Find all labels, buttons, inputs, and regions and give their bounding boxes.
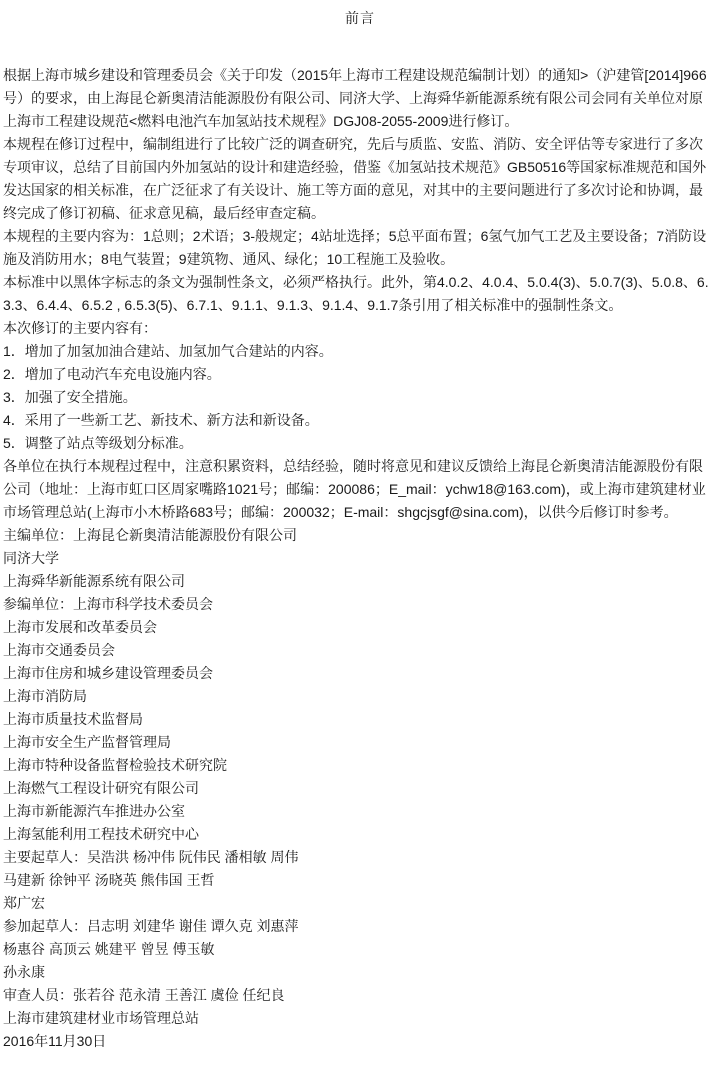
paragraph-reviewers: 审查人员：张若谷 范永清 王善江 虞俭 任纪良 — [3, 984, 716, 1007]
paragraph-main-contents: 本规程的主要内容为：1总则；2术语；3-般规定；4站址选择；5总平面布置；6氢气… — [3, 225, 716, 271]
paragraph-revision-summary-heading: 本次修订的主要内容有： — [3, 317, 716, 340]
paragraph-co-drafters-1: 参加起草人：吕志明 刘建华 谢佳 谭久克 刘惠萍 — [3, 915, 716, 938]
paragraph-co-drafters-2: 杨惠谷 高顶云 姚建平 曾昱 傅玉敏 — [3, 938, 716, 961]
paragraph-chief-editor-unit-2: 同济大学 — [3, 547, 716, 570]
paragraph-main-drafters-1: 主要起草人：吴浩洪 杨冲伟 阮伟民 潘相敏 周伟 — [3, 846, 716, 869]
page-title: 前言 — [0, 8, 720, 28]
paragraph-date: 2016年11月30日 — [3, 1030, 716, 1053]
paragraph-participating-unit-5: 上海市消防局 — [3, 685, 716, 708]
paragraph-participating-unit-1: 参编单位：上海市科学技术委员会 — [3, 593, 716, 616]
paragraph-feedback: 各单位在执行本规程过程中，注意积累资料，总结经验，随时将意见和建议反馈给上海昆仑… — [3, 455, 716, 524]
document-body: 根据上海市城乡建设和管理委员会《关于印发（2015年上海市工程建设规范编制计划）… — [0, 64, 720, 1053]
paragraph-revision-item-5: 5．调整了站点等级划分标准。 — [3, 432, 716, 455]
paragraph-participating-unit-3: 上海市交通委员会 — [3, 639, 716, 662]
paragraph-revision-item-1: 1．增加了加氢加油合建站、加氢加气合建站的内容。 — [3, 340, 716, 363]
paragraph-basis: 根据上海市城乡建设和管理委员会《关于印发（2015年上海市工程建设规范编制计划）… — [3, 64, 716, 133]
paragraph-participating-unit-10: 上海市新能源汽车推进办公室 — [3, 800, 716, 823]
paragraph-participating-unit-4: 上海市住房和城乡建设管理委员会 — [3, 662, 716, 685]
paragraph-main-drafters-2: 马建新 徐钟平 汤晓英 熊伟国 王哲 — [3, 869, 716, 892]
document-page: 前言 根据上海市城乡建设和管理委员会《关于印发（2015年上海市工程建设规范编制… — [0, 8, 720, 1080]
paragraph-revision-item-3: 3．加强了安全措施。 — [3, 386, 716, 409]
paragraph-participating-unit-6: 上海市质量技术监督局 — [3, 708, 716, 731]
paragraph-main-drafters-3: 郑广宏 — [3, 892, 716, 915]
paragraph-participating-unit-9: 上海燃气工程设计研究有限公司 — [3, 777, 716, 800]
paragraph-co-drafters-3: 孙永康 — [3, 961, 716, 984]
paragraph-participating-unit-2: 上海市发展和改革委员会 — [3, 616, 716, 639]
paragraph-participating-unit-7: 上海市安全生产监督管理局 — [3, 731, 716, 754]
paragraph-revision-item-2: 2．增加了电动汽车充电设施内容。 — [3, 363, 716, 386]
paragraph-chief-editor-unit-1: 主编单位：上海昆仑新奥清洁能源股份有限公司 — [3, 524, 716, 547]
paragraph-issuing-unit: 上海市建筑建材业市场管理总站 — [3, 1007, 716, 1030]
paragraph-mandatory-clauses: 本标准中以黑体字标志的条文为强制性条文，必须严格执行。此外，第4.0.2、4.0… — [3, 271, 716, 317]
paragraph-participating-unit-8: 上海市特种设备监督检验技术研究院 — [3, 754, 716, 777]
paragraph-chief-editor-unit-3: 上海舜华新能源系统有限公司 — [3, 570, 716, 593]
paragraph-participating-unit-11: 上海氢能利用工程技术研究中心 — [3, 823, 716, 846]
paragraph-revision-process: 本规程在修订过程中，编制组进行了比较广泛的调查研究，先后与质监、安监、消防、安全… — [3, 133, 716, 225]
paragraph-revision-item-4: 4．采用了一些新工艺、新技术、新方法和新设备。 — [3, 409, 716, 432]
